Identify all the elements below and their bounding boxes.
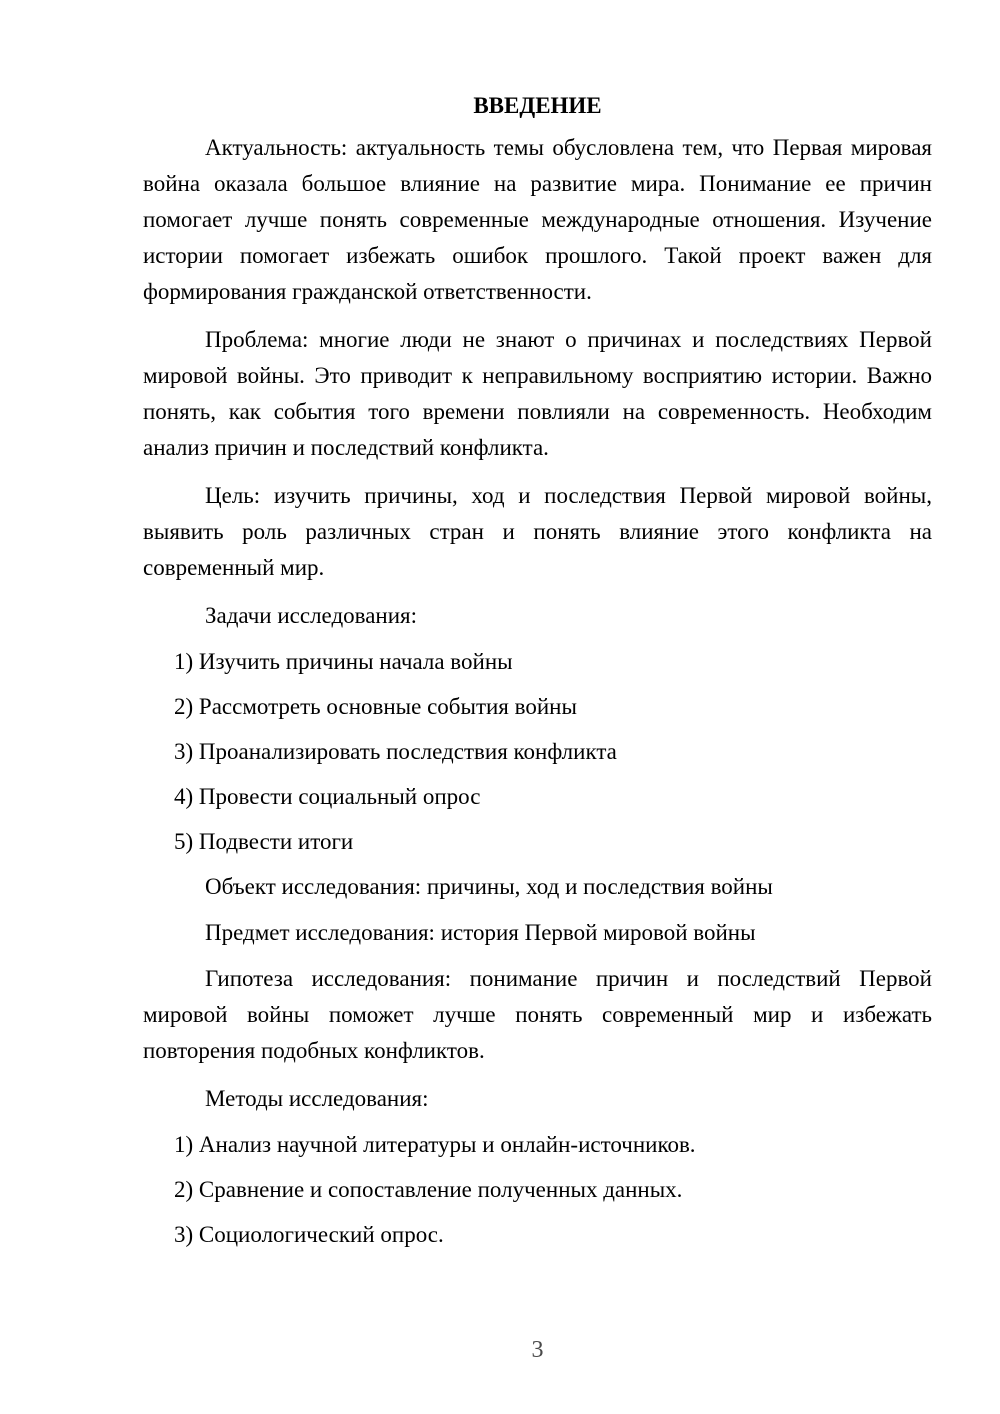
paragraph-goal: Цель: изучить причины, ход и последствия…	[143, 478, 932, 586]
page-number: 3	[143, 1336, 932, 1364]
method-item-3: 3) Социологический опрос.	[143, 1217, 932, 1253]
task-item-4: 4) Провести социальный опрос	[143, 779, 932, 815]
paragraph-problem: Проблема: многие люди не знают о причина…	[143, 322, 932, 466]
document-title: ВВЕДЕНИЕ	[143, 88, 932, 124]
task-item-2: 2) Рассмотреть основные события войны	[143, 689, 932, 725]
task-item-5: 5) Подвести итоги	[143, 824, 932, 860]
methods-heading: Методы исследования:	[143, 1081, 932, 1117]
task-item-3: 3) Проанализировать последствия конфликт…	[143, 734, 932, 770]
paragraph-hypothesis: Гипотеза исследования: понимание причин …	[143, 961, 932, 1069]
document-page: ВВЕДЕНИЕ Актуальность: актуальность темы…	[0, 0, 1000, 1414]
paragraph-relevance: Актуальность: актуальность темы обусловл…	[143, 130, 932, 310]
task-item-1: 1) Изучить причины начала войны	[143, 644, 932, 680]
method-item-2: 2) Сравнение и сопоставление полученных …	[143, 1172, 932, 1208]
paragraph-subject: Предмет исследования: история Первой мир…	[143, 915, 932, 951]
tasks-heading: Задачи исследования:	[143, 598, 932, 634]
method-item-1: 1) Анализ научной литературы и онлайн-ис…	[143, 1127, 932, 1163]
paragraph-object: Объект исследования: причины, ход и посл…	[143, 869, 932, 905]
